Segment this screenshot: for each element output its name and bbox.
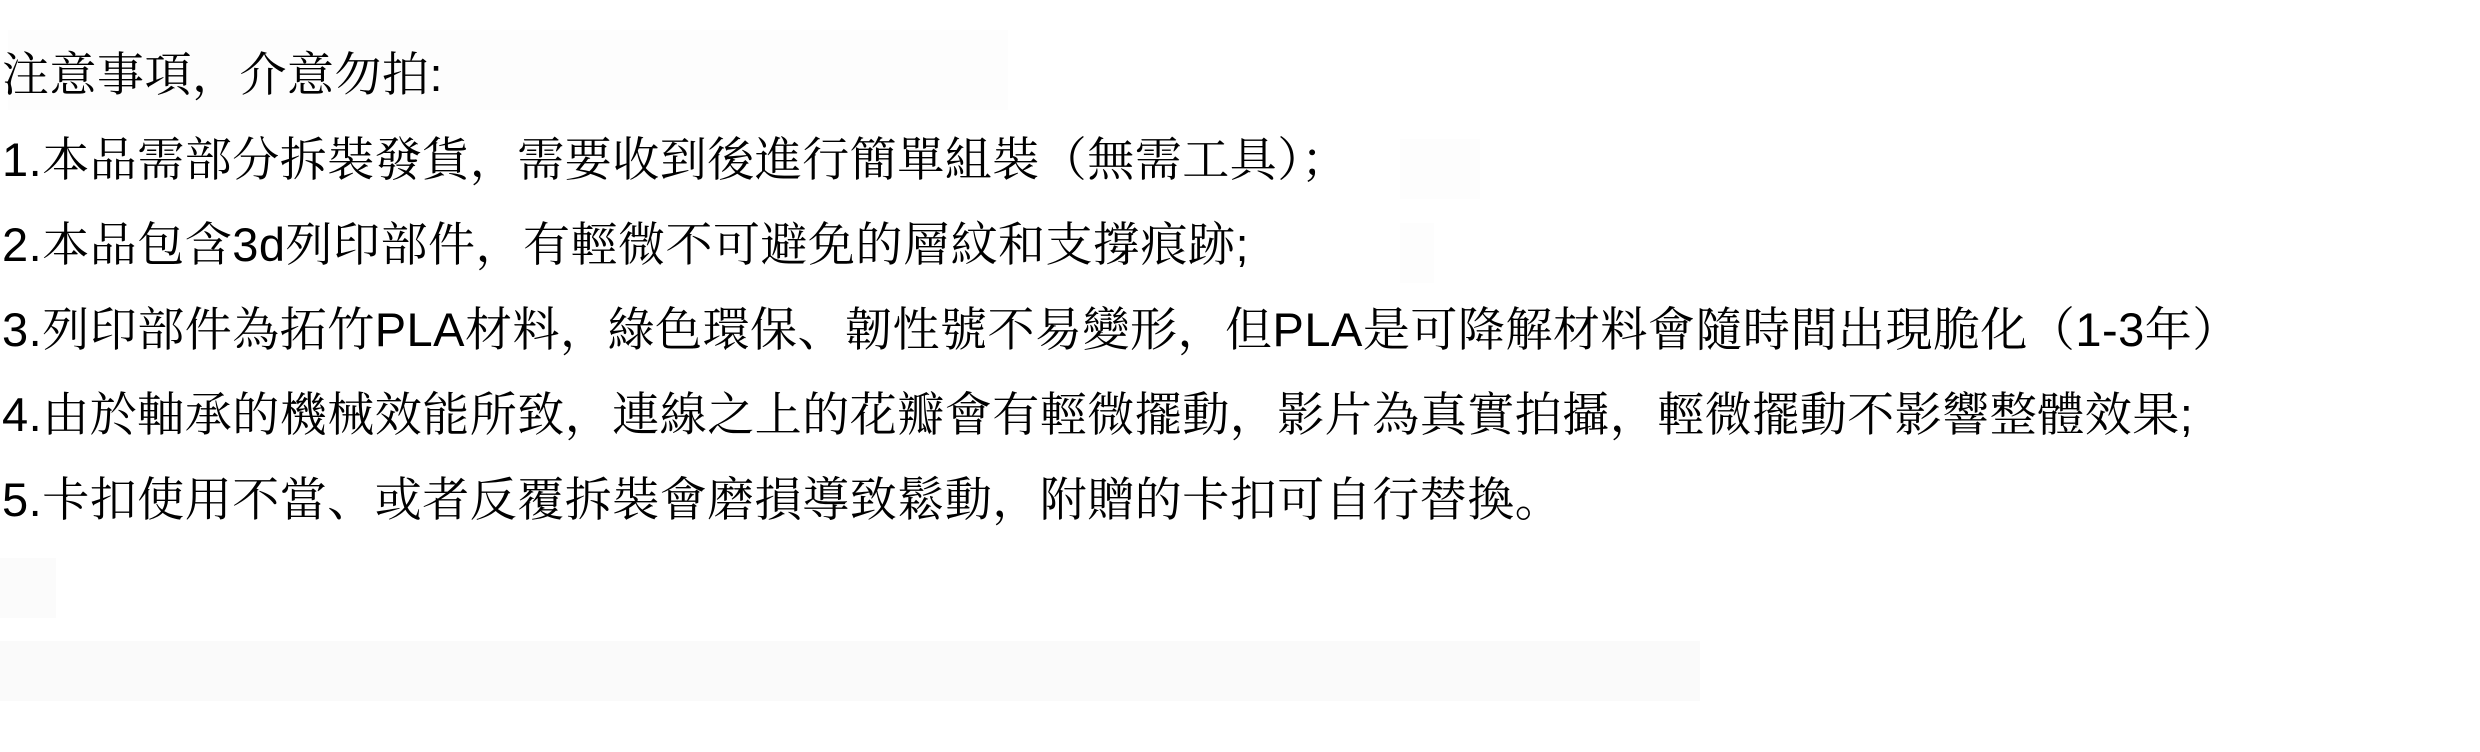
- background-patch: [0, 641, 1700, 701]
- notice-item-1: 1.本品需部分拆裝發貨，需要收到後進行簡單組裝（無需工具）；: [2, 117, 2422, 202]
- background-patch: [0, 558, 56, 618]
- notice-item-5: 5.卡扣使用不當、或者反覆拆裝會磨損導致鬆動，附贈的卡扣可自行替換。: [2, 457, 2422, 542]
- notice-item-4: 4.由於軸承的機械效能所致，連線之上的花瓣會有輕微擺動，影片為真實拍攝，輕微擺動…: [2, 372, 2422, 457]
- notice-title: 注意事項，介意勿拍:: [2, 32, 2422, 117]
- notice-item-2: 2.本品包含3d列印部件，有輕微不可避免的層紋和支撐痕跡;: [2, 202, 2422, 287]
- notice-text-block: 注意事項，介意勿拍: 1.本品需部分拆裝發貨，需要收到後進行簡單組裝（無需工具）…: [2, 32, 2422, 542]
- notice-item-3: 3.列印部件為拓竹PLA材料，綠色環保、韌性號不易變形，但PLA是可降解材料會隨…: [2, 287, 2422, 372]
